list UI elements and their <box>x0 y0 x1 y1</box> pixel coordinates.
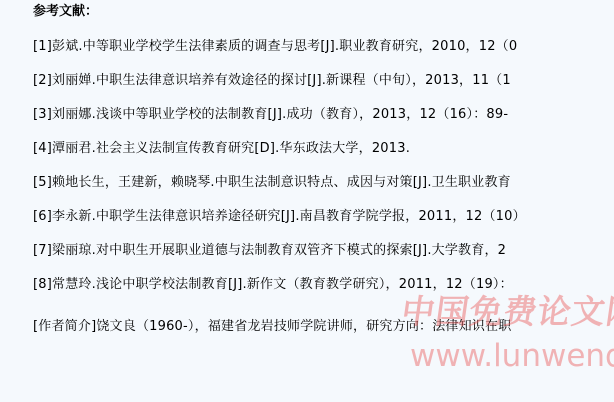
reference-item-3: [3]刘丽娜.浅谈中等职业学校的法制教育[J].成功（教育），2013，12（1… <box>33 107 526 123</box>
author-bio: [作者简介]饶文良（1960-），福建省龙岩技师学院讲师，研究方向：法律知识在职 <box>33 319 511 335</box>
reference-item-7: [7]梁丽琼.对中职生开展职业道德与法制教育双管齐下模式的探索[J].大学教育，… <box>33 243 526 259</box>
reference-item-4: [4]潭丽君.社会主义法制宣传教育研究[D].华东政法大学，2013. <box>33 141 526 157</box>
reference-item-8: [8]常慧玲.浅论中职学校法制教育[J].新作文（教育教学研究），2011，12… <box>33 277 526 293</box>
document-page: 参考文献： [1]彭斌.中等职业学校学生法律素质的调查与思考[J].职业教育研究… <box>0 0 614 402</box>
reference-item-5: [5]赖地长生，王建新，赖晓琴.中职生法制意识特点、成因与对策[J].卫生职业教… <box>33 175 526 191</box>
references-heading: 参考文献： <box>33 4 98 20</box>
watermark-url: www.lunwendata.com <box>410 338 614 374</box>
reference-list: [1]彭斌.中等职业学校学生法律素质的调查与思考[J].职业教育研究，2010，… <box>33 39 526 311</box>
reference-item-1: [1]彭斌.中等职业学校学生法律素质的调查与思考[J].职业教育研究，2010，… <box>33 39 526 55</box>
reference-item-2: [2]刘丽婵.中职生法律意识培养有效途径的探讨[J].新课程（中旬），2013，… <box>33 73 526 89</box>
reference-item-6: [6]李永新.中职学生法律意识培养途径研究[J].南昌教育学院学报，2011，1… <box>33 209 526 225</box>
